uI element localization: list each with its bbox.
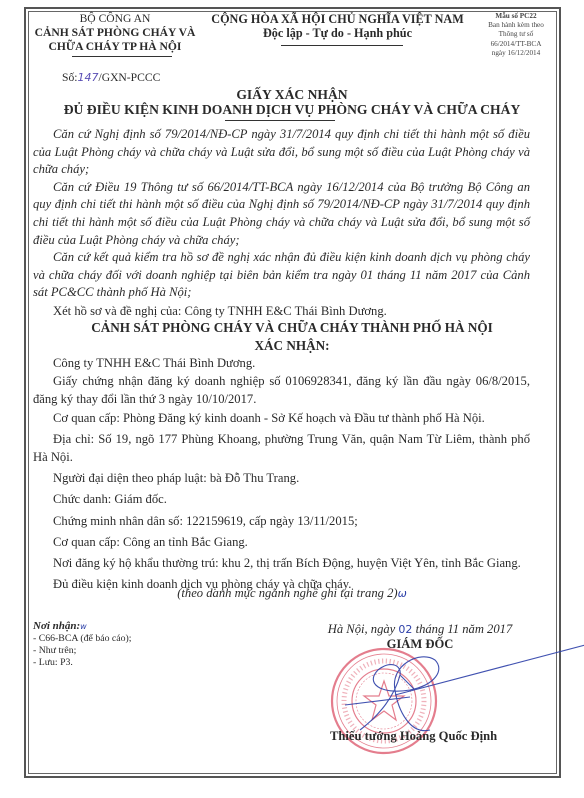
preamble-paragraph: Căn cứ Điều 19 Thông tư số 66/2014/TT-BC… — [33, 179, 530, 249]
form-ref-line: 66/2014/TT-BCA — [472, 40, 560, 49]
doc-number-suffix: /GXN-PCCC — [98, 71, 160, 84]
recipients-label: Nơi nhận: — [33, 620, 80, 632]
detail-line: Nơi đăng ký hộ khẩu thường trú: khu 2, t… — [33, 554, 530, 572]
form-number: Mẫu số PC22 — [472, 12, 560, 21]
detail-line: Chức danh: Giám đốc. — [33, 490, 530, 508]
detail-line: Cơ quan cấp: Phòng Đăng ký kinh doanh - … — [33, 409, 530, 427]
confirmation-details: Công ty TNHH E&C Thái Bình Dương. Giấy c… — [33, 354, 530, 593]
recipient-item: - C66-BCA (để báo cáo); — [33, 633, 132, 645]
title-line2: ĐỦ ĐIỀU KIỆN KINH DOANH DỊCH VỤ PHÒNG CH… — [30, 103, 554, 118]
document-number: Số:147/GXN-PCCC — [62, 71, 160, 84]
detail-line: Giấy chứng nhận đăng ký doanh nghiệp số … — [33, 372, 530, 408]
request-text: Xét hồ sơ và đề nghị của: Công ty TNHH E… — [33, 303, 530, 321]
doc-number-prefix: Số: — [62, 71, 77, 84]
recipients: Nơi nhận:w - C66-BCA (để báo cáo); - Như… — [33, 620, 132, 669]
request-line: Xét hồ sơ và đề nghị của: Công ty TNHH E… — [33, 303, 530, 321]
preamble-paragraph: Căn cứ Nghị định số 79/2014/NĐ-CP ngày 3… — [33, 126, 530, 179]
initials-mark: w — [80, 622, 87, 631]
place-prefix: Hà Nội, ngày — [328, 622, 396, 636]
detail-line: Cơ quan cấp: Công an tỉnh Bắc Giang. — [33, 533, 530, 551]
detail-line: Người đại diện theo pháp luật: bà Đỗ Thu… — [33, 469, 530, 487]
form-ref-line: ngày 16/12/2014 — [472, 49, 560, 58]
authority-heading: CẢNH SÁT PHÒNG CHÁY VÀ CHỮA CHÁY THÀNH P… — [30, 319, 554, 337]
country-name: CỘNG HÒA XÃ HỘI CHỦ NGHĨA VIỆT NAM — [200, 12, 475, 26]
agency-underline — [72, 56, 172, 57]
motto-underline — [281, 45, 403, 46]
handwritten-signature-icon — [340, 635, 584, 740]
title-underline — [225, 120, 335, 121]
preamble-paragraph: Căn cứ kết quả kiểm tra hồ sơ đề nghị xá… — [33, 249, 530, 302]
detail-line: Công ty TNHH E&C Thái Bình Dương. — [33, 354, 530, 372]
detail-line: Chứng minh nhân dân số: 122159619, cấp n… — [33, 512, 530, 530]
agency-name-line1: CẢNH SÁT PHÒNG CHÁY VÀ — [30, 26, 200, 40]
initials-mark: ω — [398, 587, 407, 600]
annex-note: (theo danh mục ngành nghề ghi tại trang … — [30, 586, 554, 601]
document-title: GIẤY XÁC NHẬN ĐỦ ĐIỀU KIỆN KINH DOANH DỊ… — [30, 88, 554, 117]
confirm-heading: XÁC NHẬN: — [30, 337, 554, 355]
form-reference: Mẫu số PC22 Ban hành kèm theo Thông tư s… — [472, 12, 560, 58]
national-header: CỘNG HÒA XÃ HỘI CHỦ NGHĨA VIỆT NAM Độc l… — [200, 12, 475, 40]
national-motto: Độc lập - Tự do - Hạnh phúc — [200, 26, 475, 40]
recipient-item: - Như trên; — [33, 645, 132, 657]
preamble: Căn cứ Nghị định số 79/2014/NĐ-CP ngày 3… — [33, 126, 530, 302]
agency-name-line2: CHỮA CHÁY TP HÀ NỘI — [30, 40, 200, 54]
date-suffix: tháng 11 năm 2017 — [416, 622, 513, 636]
signer-name: Thiếu tướng Hoàng Quốc Định — [330, 729, 540, 744]
form-ref-line: Ban hành kèm theo — [472, 21, 560, 30]
issuing-agency: BỘ CÔNG AN CẢNH SÁT PHÒNG CHÁY VÀ CHỮA C… — [30, 12, 200, 54]
recipient-item: - Lưu: P3. — [33, 657, 132, 669]
doc-number-handwritten: 147 — [77, 71, 98, 84]
annex-note-text: (theo danh mục ngành nghề ghi tại trang … — [177, 586, 397, 600]
title-line1: GIẤY XÁC NHẬN — [30, 88, 554, 103]
detail-line: Địa chỉ: Số 19, ngõ 177 Phùng Khoang, ph… — [33, 430, 530, 466]
form-ref-line: Thông tư số — [472, 30, 560, 39]
ministry-name: BỘ CÔNG AN — [30, 12, 200, 26]
